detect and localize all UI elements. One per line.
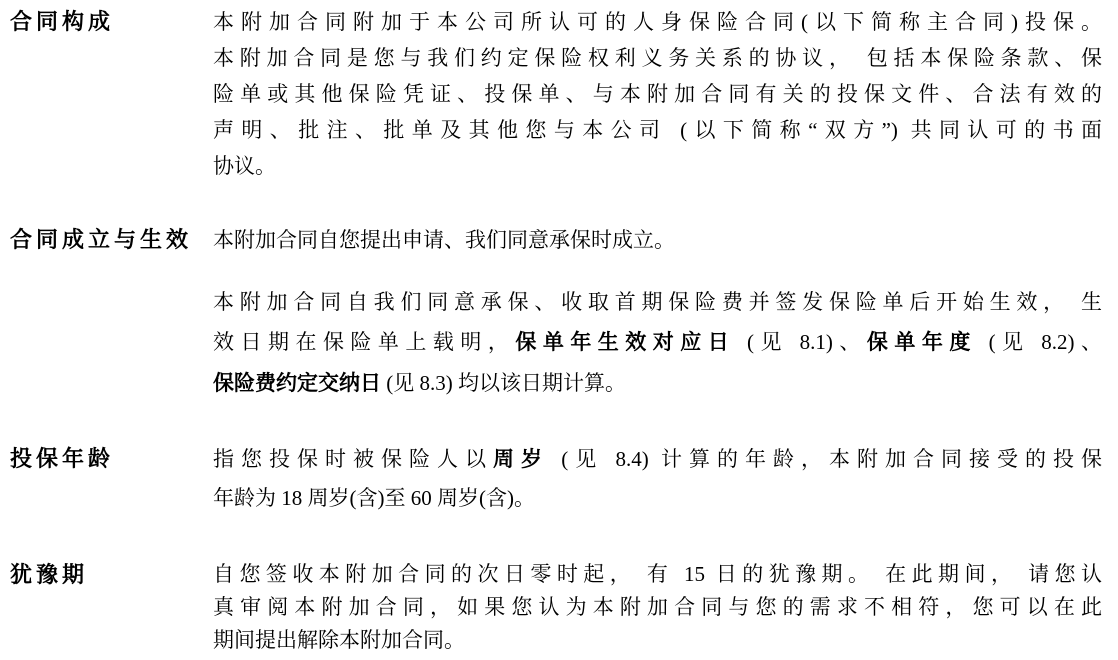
section-insurable-age: 投保年龄 指您投保时被保险人以周岁 (见 8.4) 计算的年龄，本附加合同接受的… — [10, 440, 1102, 517]
paragraph: 本附加合同自您提出申请、我们同意承保时成立。 — [213, 222, 1102, 258]
section-body: 自您签收本附加合同的次日零时起， 有 15 日的犹豫期。 在此期间， 请您认 真… — [213, 558, 1102, 657]
section-body: 指您投保时被保险人以周岁 (见 8.4) 计算的年龄，本附加合同接受的投保 年龄… — [213, 440, 1102, 517]
text-run: 年龄为 18 周岁(含)至 60 周岁(含)。 — [213, 486, 535, 510]
section-contract-composition: 合同构成 本附加合同附加于本公司所认可的人身保险合同(以下简称主合同)投保。 本… — [10, 4, 1102, 184]
text-run: 声明、批注、批单及其他您与本公司 (以下简称“双方”) 共同认可的书面 — [213, 118, 1102, 142]
text-run: 效日期在保险单上载明， — [213, 330, 515, 354]
text-line: 险单或其他保险凭证、投保单、与本附加合同有关的投保文件、合法有效的 — [213, 76, 1102, 112]
text-run-reference: (见 8.2)、 — [977, 330, 1102, 354]
text-line: 本附加合同附加于本公司所认可的人身保险合同(以下简称主合同)投保。 — [213, 4, 1102, 40]
paragraph: 指您投保时被保险人以周岁 (见 8.4) 计算的年龄，本附加合同接受的投保 年龄… — [213, 440, 1102, 517]
section-body: 本附加合同自您提出申请、我们同意承保时成立。 本附加合同自我们同意承保、收取首期… — [213, 222, 1102, 404]
text-line: 效日期在保险单上载明，保单年生效对应日 (见 8.1)、保单年度 (见 8.2)… — [213, 322, 1102, 363]
section-heading: 投保年龄 — [10, 440, 213, 478]
text-run-bold-term: 周岁 — [493, 448, 549, 471]
text-line: 真审阅本附加合同，如果您认为本附加合同与您的需求不相符，您可以在此 — [213, 591, 1102, 624]
text-run: 险单或其他保险凭证、投保单、与本附加合同有关的投保文件、合法有效的 — [213, 82, 1102, 106]
text-line: 保险费约定交纳日 (见 8.3) 均以该日期计算。 — [213, 363, 1102, 404]
text-run-bold-term: 保单年生效对应日 — [515, 331, 735, 354]
section-formation-and-effectiveness: 合同成立与生效 本附加合同自您提出申请、我们同意承保时成立。 本附加合同自我们同… — [10, 222, 1102, 404]
text-run: 真审阅本附加合同，如果您认为本附加合同与您的需求不相符，您可以在此 — [213, 595, 1102, 619]
text-run: 本附加合同自我们同意承保、收取首期保险费并签发保险单后开始生效， 生 — [213, 290, 1102, 314]
text-run: 本附加合同是您与我们约定保险权利义务关系的协议， 包括本保险条款、保 — [213, 46, 1102, 70]
text-run: 本附加合同附加于本公司所认可的人身保险合同(以下简称主合同)投保。 — [213, 10, 1102, 34]
text-line: 声明、批注、批单及其他您与本公司 (以下简称“双方”) 共同认可的书面 — [213, 112, 1102, 148]
text-run-reference: (见 8.4) 计算的年龄，本附加合同接受的投保 — [549, 447, 1102, 471]
text-run-reference: (见 8.3) 均以该日期计算。 — [381, 371, 626, 395]
section-heading: 犹豫期 — [10, 558, 213, 591]
text-run: 指您投保时被保险人以 — [213, 447, 493, 471]
text-line: 年龄为 18 周岁(含)至 60 周岁(含)。 — [213, 479, 1102, 517]
paragraph: 本附加合同附加于本公司所认可的人身保险合同(以下简称主合同)投保。 本附加合同是… — [213, 4, 1102, 184]
text-line: 本附加合同自我们同意承保、收取首期保险费并签发保险单后开始生效， 生 — [213, 282, 1102, 322]
text-run-bold-term: 保单年度 — [867, 331, 977, 354]
text-line: 指您投保时被保险人以周岁 (见 8.4) 计算的年龄，本附加合同接受的投保 — [213, 440, 1102, 479]
text-run: 本附加合同自您提出申请、我们同意承保时成立。 — [213, 228, 675, 252]
text-line: 协议。 — [213, 148, 1102, 184]
paragraph: 自您签收本附加合同的次日零时起， 有 15 日的犹豫期。 在此期间， 请您认 真… — [213, 558, 1102, 657]
contract-clauses-page: 合同构成 本附加合同附加于本公司所认可的人身保险合同(以下简称主合同)投保。 本… — [0, 0, 1102, 657]
text-line: 本附加合同自您提出申请、我们同意承保时成立。 — [213, 222, 1102, 258]
text-line: 本附加合同是您与我们约定保险权利义务关系的协议， 包括本保险条款、保 — [213, 40, 1102, 76]
text-run: 期间提出解除本附加合同。 — [213, 628, 465, 652]
text-run-bold-term: 保险费约定交纳日 — [213, 372, 381, 395]
text-run-reference: (见 8.1)、 — [735, 330, 867, 354]
text-run: 自您签收本附加合同的次日零时起， 有 15 日的犹豫期。 在此期间， 请您认 — [213, 562, 1102, 586]
text-line: 期间提出解除本附加合同。 — [213, 624, 1102, 657]
section-body: 本附加合同附加于本公司所认可的人身保险合同(以下简称主合同)投保。 本附加合同是… — [213, 4, 1102, 184]
text-line: 自您签收本附加合同的次日零时起， 有 15 日的犹豫期。 在此期间， 请您认 — [213, 558, 1102, 591]
section-heading: 合同成立与生效 — [10, 222, 213, 258]
section-heading: 合同构成 — [10, 4, 213, 40]
text-run: 协议。 — [213, 154, 276, 178]
paragraph: 本附加合同自我们同意承保、收取首期保险费并签发保险单后开始生效， 生 效日期在保… — [213, 282, 1102, 404]
section-hesitation-period: 犹豫期 自您签收本附加合同的次日零时起， 有 15 日的犹豫期。 在此期间， 请… — [10, 558, 1102, 657]
